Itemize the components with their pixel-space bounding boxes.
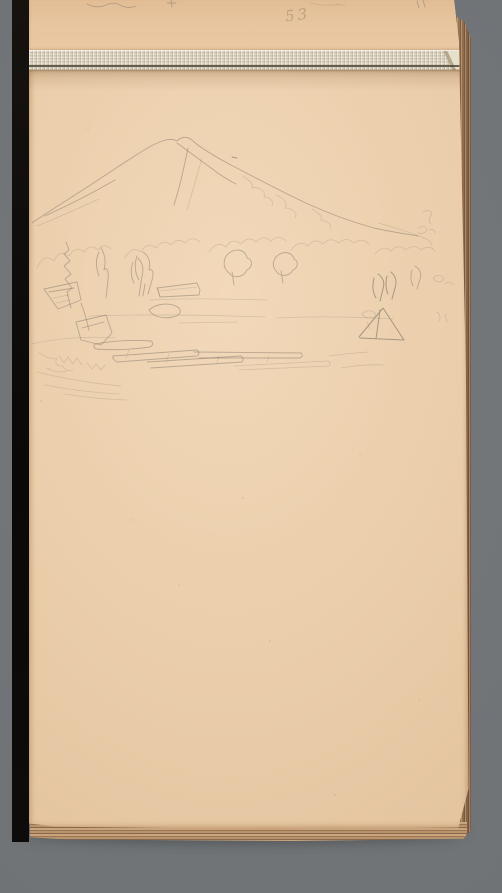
pencil-inscription: 53 xyxy=(284,5,311,26)
sketchbook-cover-edge xyxy=(12,0,29,842)
top-edge-marks xyxy=(87,0,425,8)
log-pile xyxy=(37,340,383,400)
mountain xyxy=(32,137,432,246)
foreground-rocks xyxy=(39,282,112,372)
right-edge-marks xyxy=(423,210,435,233)
pencil-sketch-svg xyxy=(29,0,469,830)
tree-line xyxy=(37,238,453,309)
sketchbook-page: 53 xyxy=(29,0,469,830)
cabin xyxy=(149,283,267,318)
tent xyxy=(359,308,447,340)
photo-backdrop: 53 xyxy=(0,0,502,893)
meadow-lines xyxy=(31,315,393,344)
paper-specks xyxy=(40,127,419,796)
